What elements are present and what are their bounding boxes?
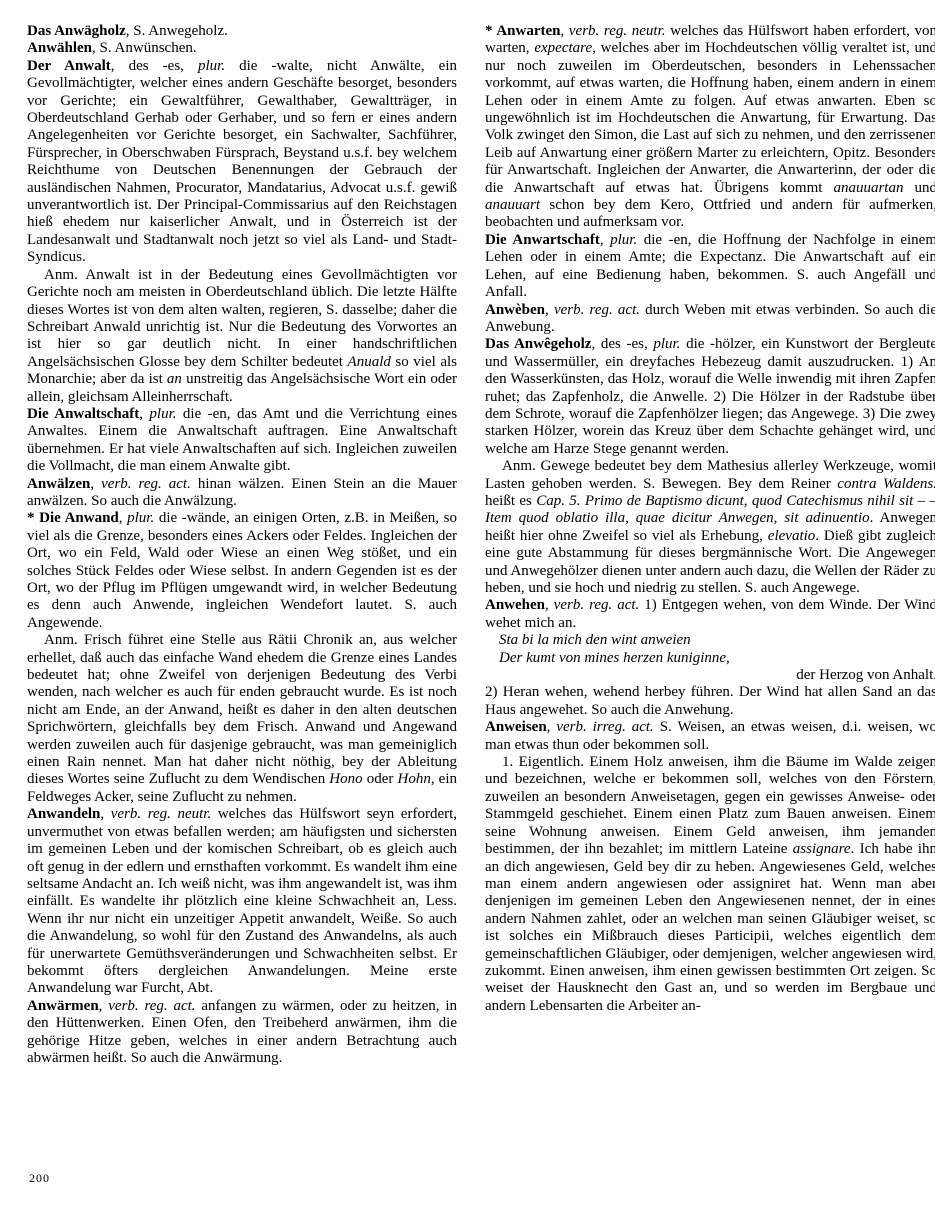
dictionary-entry: Der Anwalt, des -es, plur. die -walte, n… <box>27 58 457 267</box>
italic-term: an <box>167 371 182 387</box>
headword: Die Anwartschaft <box>485 232 600 248</box>
dictionary-entry: Anwehen, verb. reg. act. 1) Entgegen weh… <box>485 597 935 632</box>
text-run: , <box>547 719 557 735</box>
dictionary-entry: Die Anwaltschaft, plur. die -en, das Amt… <box>27 406 457 476</box>
text-run: 2) Heran wehen, wehend herbey führen. De… <box>485 684 935 717</box>
italic-term: verb. reg. act. <box>554 597 640 613</box>
italic-term: Anuald <box>348 354 391 370</box>
dictionary-page: Das Anwägholz, S. Anwegeholz.Anwählen, S… <box>0 0 935 1210</box>
text-run: , <box>600 232 610 248</box>
text-run: , S. Anwünschen. <box>92 40 197 56</box>
headword: Der Anwalt <box>27 58 111 74</box>
headword: Anwälzen <box>27 476 90 492</box>
italic-term: plur. <box>653 336 680 352</box>
headword: * Anwarten <box>485 23 560 39</box>
text-run: die -wände, an einigen Orten, z.B. in Me… <box>27 510 457 630</box>
dictionary-entry: Anwärmen, verb. reg. act. anfangen zu wä… <box>27 998 457 1068</box>
italic-term: verb. reg. act. <box>101 476 191 492</box>
text-run: , <box>560 23 568 39</box>
text-run: oder <box>363 771 398 787</box>
headword: Anwärmen <box>27 998 99 1014</box>
text-run: , <box>545 597 554 613</box>
headword: Anwählen <box>27 40 92 56</box>
dictionary-entry: Anweisen, verb. irreg. act. S. Weisen, a… <box>485 719 935 754</box>
headword: Anwehen <box>485 597 545 613</box>
two-column-text-block: Das Anwägholz, S. Anwegeholz.Anwählen, S… <box>27 23 935 1067</box>
text-run: schon bey dem Kero, Ottfried und andern … <box>485 197 935 230</box>
dictionary-entry: Die Anwartschaft, plur. die -en, die Hof… <box>485 232 935 302</box>
text-run: , S. Anwegeholz. <box>126 23 228 39</box>
italic-term: assignare <box>793 841 851 857</box>
headword: Anweisen <box>485 719 547 735</box>
text-run: die -walte, nicht Anwälte, ein Gevollmäc… <box>27 58 457 265</box>
text-run: , <box>545 302 554 318</box>
right-column: * Anwarten, verb. reg. neutr. welches da… <box>485 23 935 1067</box>
dictionary-entry: Das Anwêgeholz, des -es, plur. die -hölz… <box>485 336 935 458</box>
italic-term: plur. <box>149 406 176 422</box>
dictionary-entry: Anwèben, verb. reg. act. durch Weben mit… <box>485 302 935 337</box>
dictionary-entry: * Anwarten, verb. reg. neutr. welches da… <box>485 23 935 232</box>
text-run: die -hölzer, ein Kunstwort der Bergleute… <box>485 336 935 456</box>
dictionary-entry: 2) Heran wehen, wehend herbey führen. De… <box>485 684 935 719</box>
text-run: heißt es <box>485 493 536 509</box>
italic-term: plur. <box>610 232 637 248</box>
italic-term: verb. reg. neutr. <box>569 23 666 39</box>
italic-term: Hohn <box>397 771 430 787</box>
verse-line: Sta bi la mich den wint anweien <box>485 632 935 649</box>
italic-term: contra Waldens. <box>837 476 935 492</box>
text-run: , <box>99 998 109 1014</box>
italic-term: verb. reg. act. <box>554 302 640 318</box>
text-run: der Herzog von Anhalt. <box>796 667 935 683</box>
remark-paragraph: Anm. Gewege bedeutet bey dem Mathesius a… <box>485 458 935 597</box>
italic-term: Der kumt von mines herzen kuniginne, <box>499 650 730 666</box>
text-run: , des -es, <box>591 336 653 352</box>
headword: Anwandeln <box>27 806 100 822</box>
headword: * Die Anwand <box>27 510 119 526</box>
remark-paragraph: Anm. Anwalt ist in der Bedeutung eines G… <box>27 267 457 406</box>
italic-term: Sta bi la mich den wint anweien <box>499 632 691 648</box>
text-run: , <box>100 806 110 822</box>
dictionary-entry: Anwandeln, verb. reg. neutr. welches das… <box>27 806 457 997</box>
text-run: , welches aber im Hochdeutschen völlig v… <box>485 40 935 195</box>
italic-term: verb. reg. act. <box>108 998 195 1014</box>
page-number: 200 <box>29 1170 50 1187</box>
italic-term: plur. <box>198 58 225 74</box>
text-run: Anm. Frisch führet eine Stelle aus Rätii… <box>27 632 457 787</box>
dictionary-entry: Anwählen, S. Anwünschen. <box>27 40 457 57</box>
text-run: , <box>119 510 127 526</box>
text-run: , <box>139 406 149 422</box>
headword: Das Anwägholz <box>27 23 126 39</box>
verse-line: Der kumt von mines herzen kuniginne, <box>485 650 935 667</box>
italic-term: plur. <box>127 510 154 526</box>
text-run: , des -es, <box>111 58 198 74</box>
text-run: , <box>90 476 101 492</box>
citation-attribution: der Herzog von Anhalt. <box>485 667 935 684</box>
italic-term: Cap. 5. Primo de Baptismo dicunt, quod C… <box>485 493 935 526</box>
remark-paragraph: Anm. Frisch führet eine Stelle aus Rätii… <box>27 632 457 806</box>
dictionary-entry: Das Anwägholz, S. Anwegeholz. <box>27 23 457 40</box>
headword: Das Anwêgeholz <box>485 336 591 352</box>
text-run: und <box>903 180 935 196</box>
left-column: Das Anwägholz, S. Anwegeholz.Anwählen, S… <box>27 23 457 1067</box>
italic-term: anauuart <box>485 197 540 213</box>
italic-term: anauuartan <box>833 180 903 196</box>
headword: Die Anwaltschaft <box>27 406 139 422</box>
text-run: . Ich habe ihn an dich angewiesen, Geld … <box>485 841 935 1014</box>
italic-term: verb. reg. neutr. <box>111 806 212 822</box>
italic-term: elevatio <box>768 528 815 544</box>
dictionary-entry: Anwälzen, verb. reg. act. hinan wälzen. … <box>27 476 457 511</box>
text-run: welches das Hülfswort seyn erfordert, un… <box>27 806 457 996</box>
italic-term: Hono <box>329 771 362 787</box>
italic-term: expectare <box>534 40 592 56</box>
italic-term: verb. irreg. act. <box>556 719 653 735</box>
headword: Anwèben <box>485 302 545 318</box>
dictionary-entry: * Die Anwand, plur. die -wände, an einig… <box>27 510 457 632</box>
remark-paragraph: 1. Eigentlich. Einem Holz anweisen, ihm … <box>485 754 935 1015</box>
